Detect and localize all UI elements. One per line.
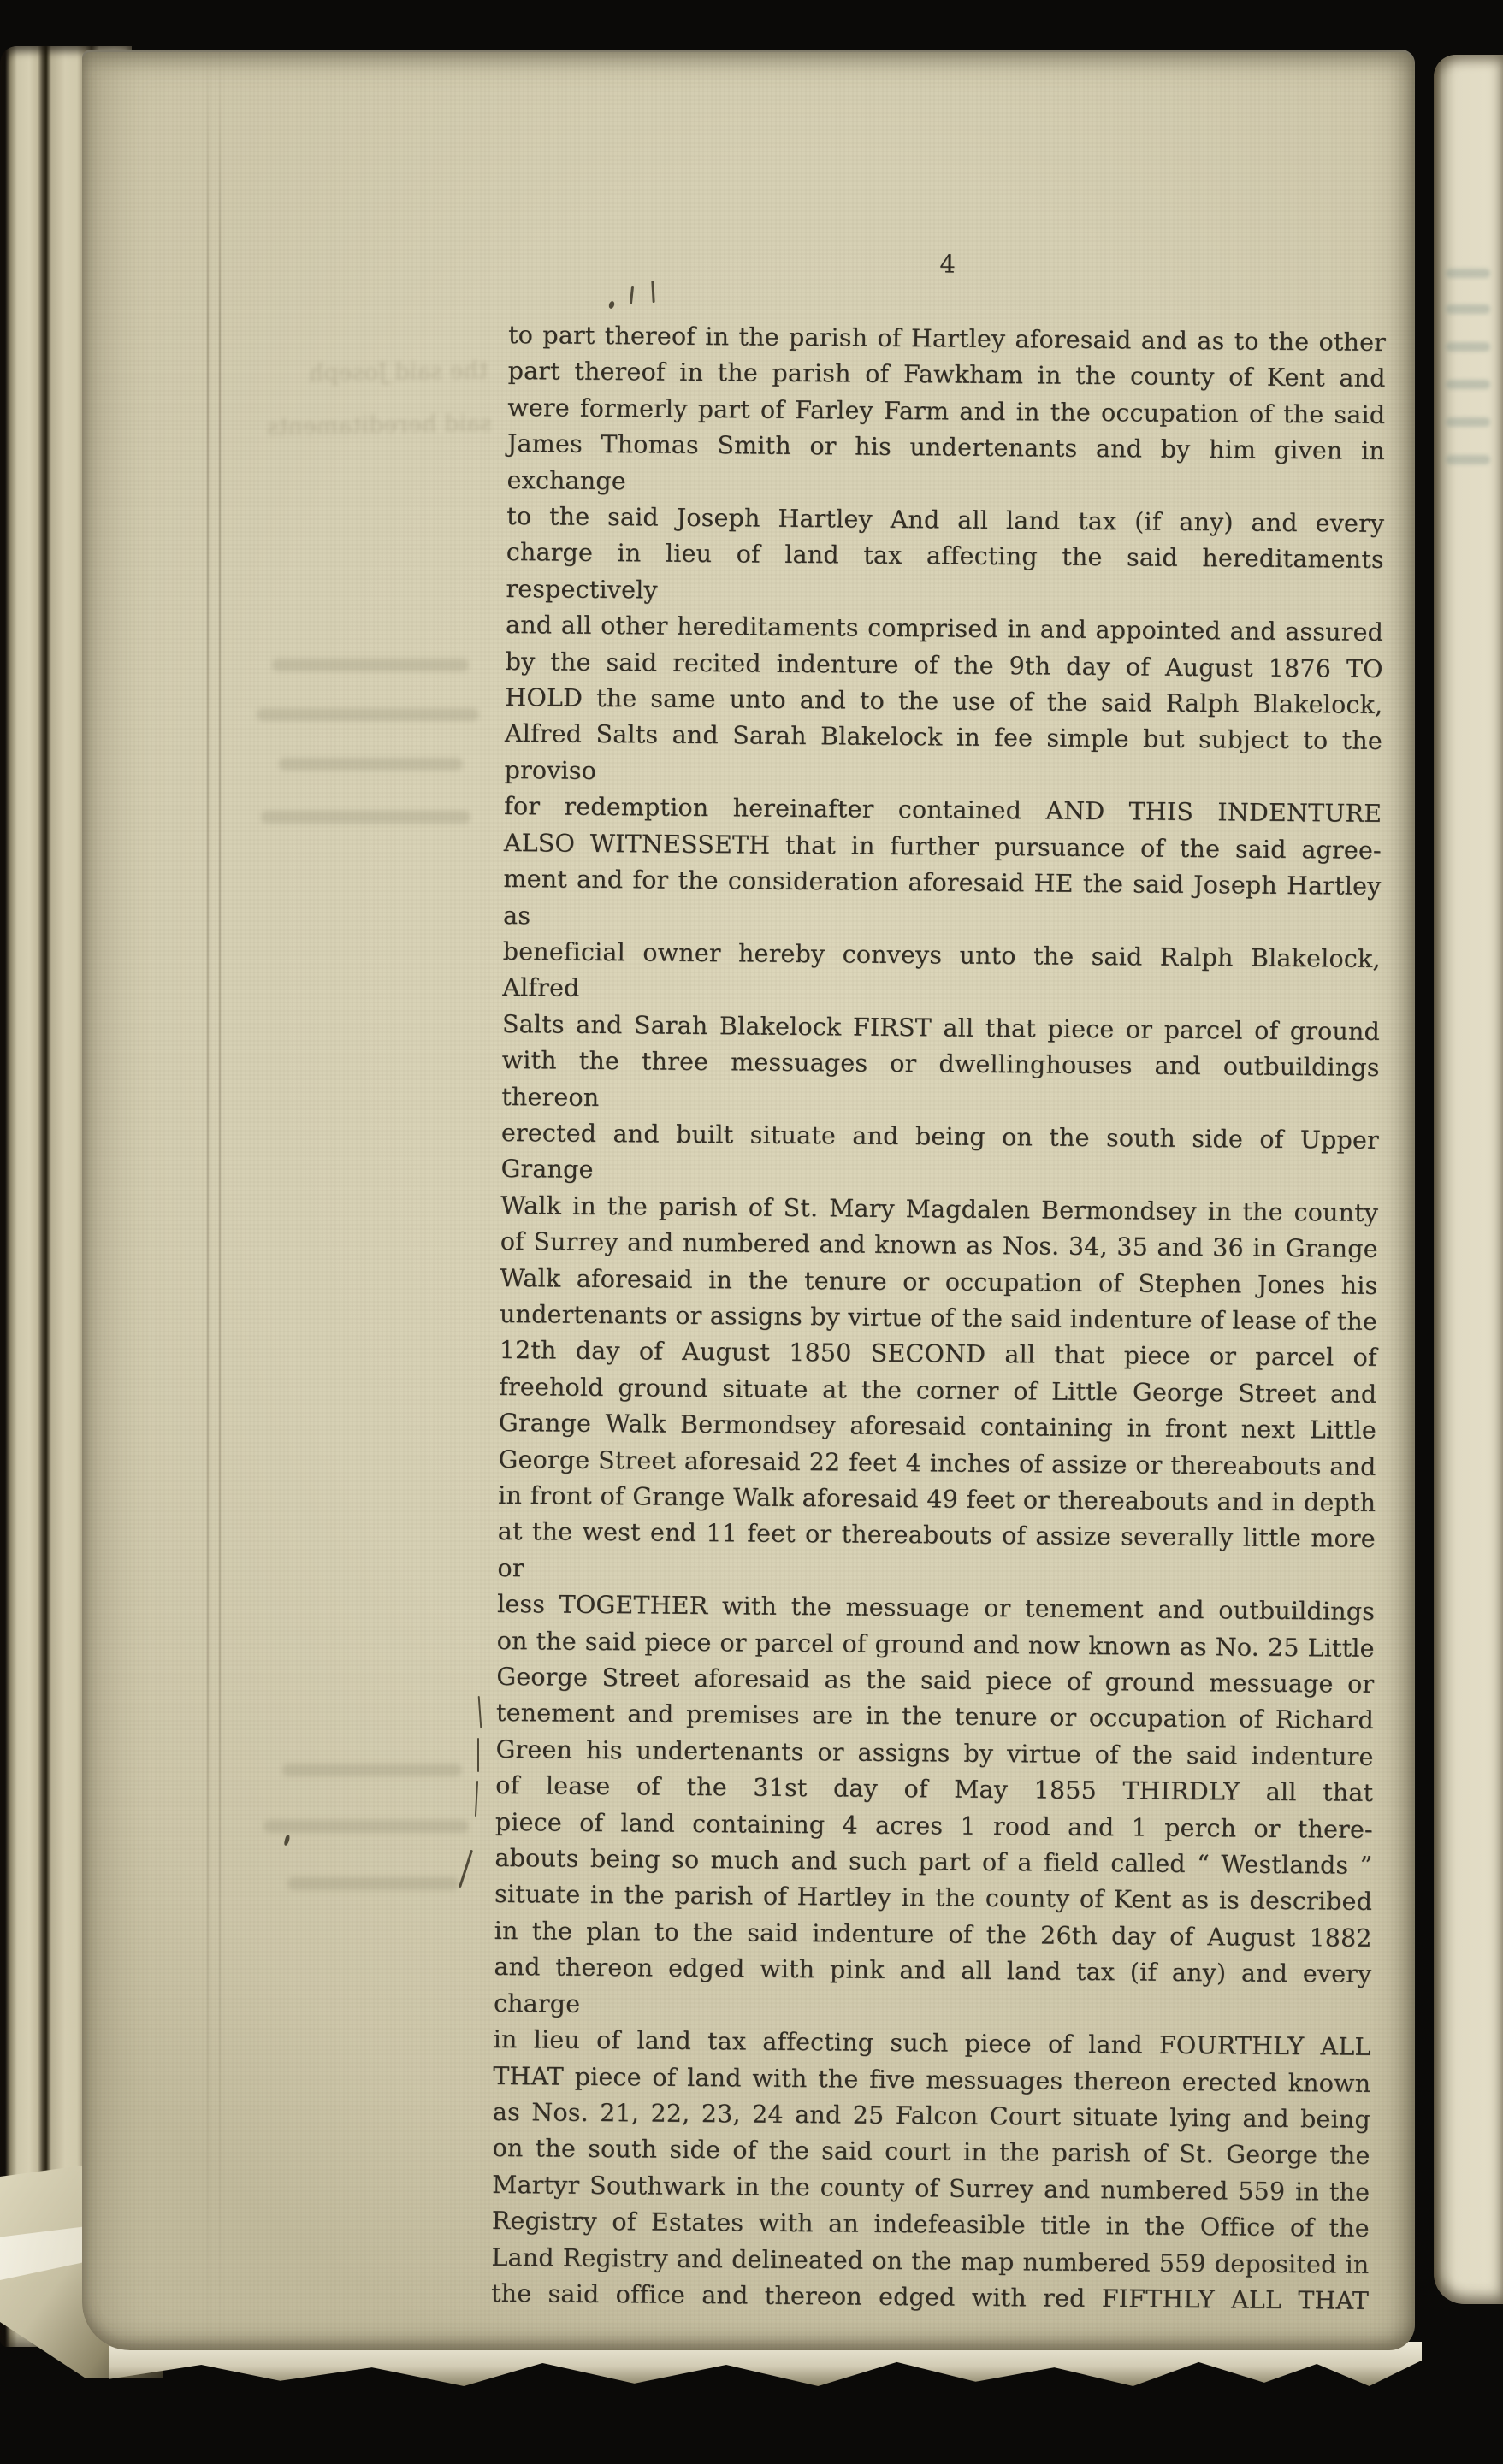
deed-text-lines: to part thereof in the parish of Hartley…	[491, 317, 1386, 2319]
text-line: and thereon edged with pink and all land…	[494, 1949, 1372, 2030]
bleed-through-mark	[1446, 304, 1490, 314]
text-line: James Thomas Smith or his undertenants a…	[506, 426, 1385, 506]
text-line: at the west end 11 feet or thereabouts o…	[497, 1514, 1376, 1594]
printed-text: 4 to part thereof in the parish of Hartl…	[491, 242, 1387, 2319]
text-line: with the three messuages or dwellinghous…	[501, 1043, 1380, 1123]
next-page-edge	[1434, 55, 1503, 2304]
book-scan: the said Joseph said hereditaments 4 to …	[0, 0, 1503, 2464]
page-crease	[219, 50, 221, 2350]
text-line: charge in lieu of land tax affecting the…	[506, 535, 1384, 615]
margin-tick	[477, 1738, 479, 1772]
text-line: the said office and thereon edged with r…	[491, 2276, 1369, 2319]
ink-smudge	[261, 811, 470, 824]
ink-smudge	[272, 659, 469, 671]
bleed-through-mark	[1446, 269, 1490, 278]
ink-smudge	[287, 1877, 459, 1890]
bleed-through-mark	[1446, 455, 1490, 464]
page-number: 4	[509, 242, 1387, 286]
text-line: beneficial owner hereby conveys unto the…	[502, 934, 1381, 1014]
page-crease	[207, 50, 209, 2350]
bleed-through-mark	[1446, 380, 1490, 389]
ghost-bleedthrough-text: the said Joseph	[274, 357, 488, 387]
bleed-through-mark	[1446, 342, 1490, 352]
ink-smudge	[279, 758, 463, 771]
ink-smudge	[282, 1764, 462, 1776]
ink-smudge	[257, 708, 479, 721]
text-line: ment and for the consideration aforesaid…	[503, 861, 1382, 942]
text-line: erected and built situate and being on t…	[500, 1115, 1379, 1196]
ink-smudge	[263, 1820, 469, 1833]
bleed-through-mark	[1446, 417, 1490, 427]
ghost-bleedthrough-text: said hereditaments	[252, 411, 492, 441]
text-line: Alfred Salts and Sarah Blakelock in fee …	[504, 716, 1382, 796]
